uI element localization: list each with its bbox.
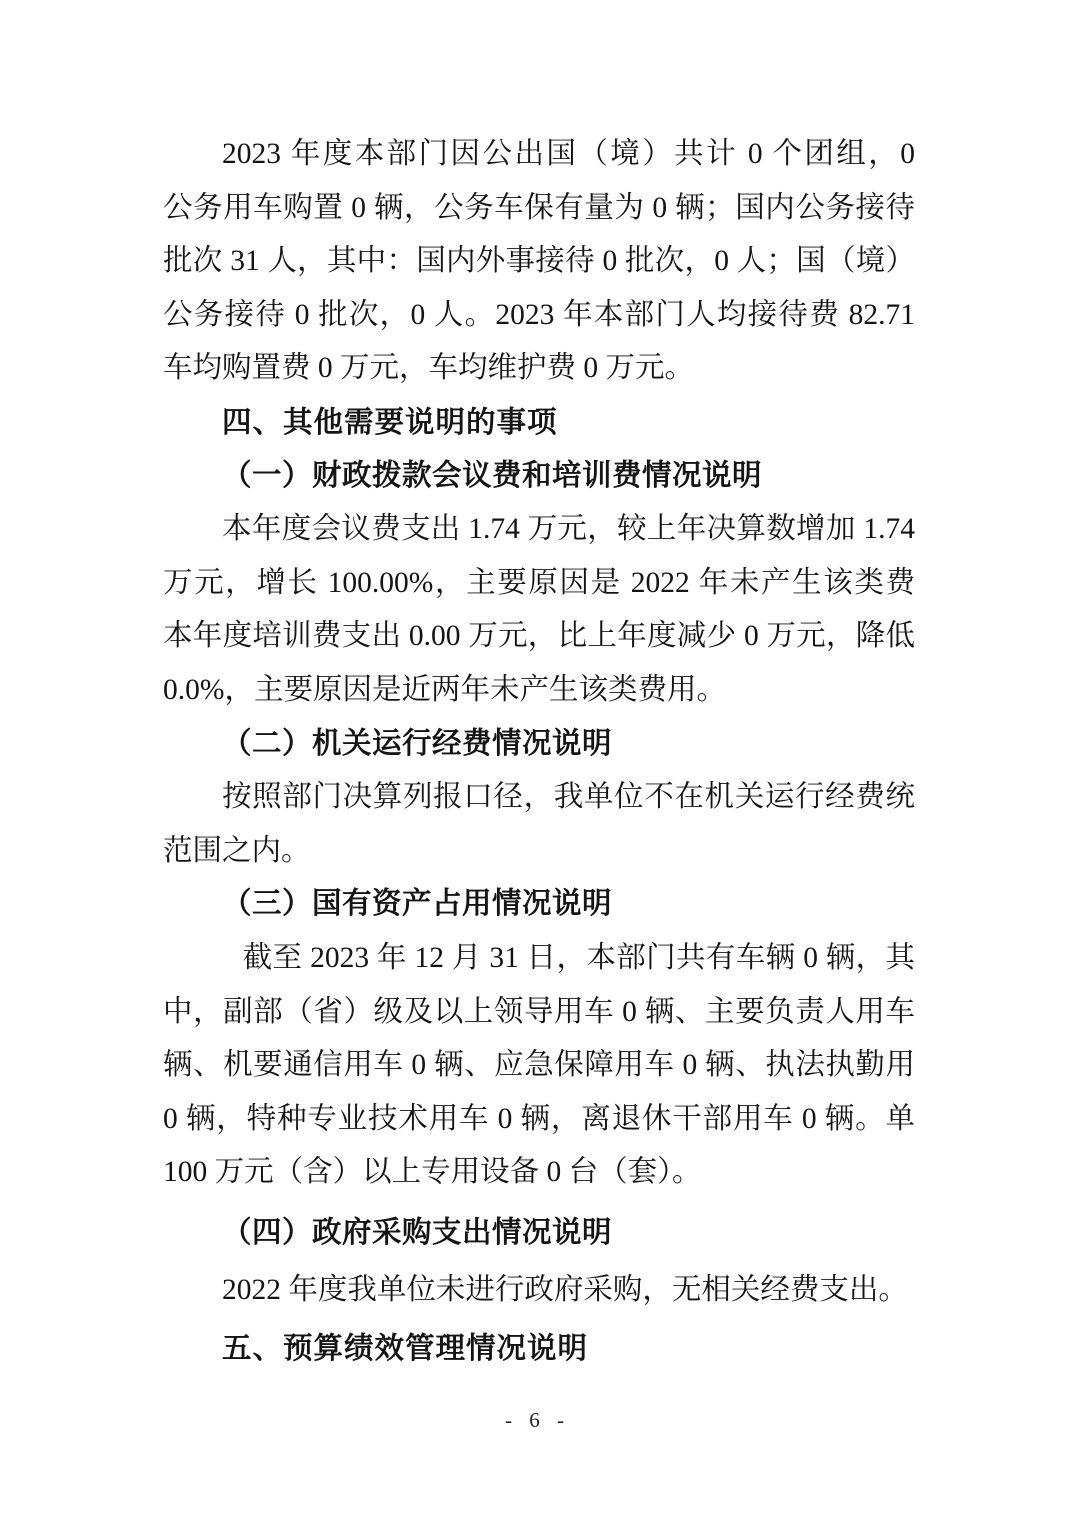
text-line: 0 辆，特种专业技术用车 0 辆，离退休干部用车 0 辆。单价 xyxy=(163,1093,915,1147)
section-4-heading: 四、其他需要说明的事项 xyxy=(163,396,915,450)
text-line: 中，副部（省）级及以上领导用车 0 辆、主要负责人用车 0 xyxy=(163,986,915,1040)
text-line: 辆、机要通信用车 0 辆、应急保障用车 0 辆、执法执勤用车 xyxy=(163,1039,915,1093)
meeting-training-fee-paragraph: 本年度会议费支出 1.74 万元，较上年决算数增加 1.74万元，增长 100.… xyxy=(163,503,915,717)
section-5-heading: 五、预算绩效管理情况说明 xyxy=(163,1322,915,1376)
text-line: 100 万元（含）以上专用设备 0 台（套）。 xyxy=(163,1146,915,1200)
government-procurement-paragraph: 2022 年度我单位未进行政府采购，无相关经费支出。 xyxy=(163,1264,915,1318)
text-line: 范围之内。 xyxy=(163,825,915,879)
operating-expense-paragraph: 按照部门决算列报口径，我单位不在机关运行经费统计范围之内。 xyxy=(163,771,915,878)
text-line: 2022 年度我单位未进行政府采购，无相关经费支出。 xyxy=(163,1264,915,1318)
text-line: 2023 年度本部门因公出国（境）共计 0 个团组，0 人； xyxy=(163,128,915,182)
subsection-4-4-heading: （四）政府采购支出情况说明 xyxy=(163,1207,915,1261)
page-number: - 6 - xyxy=(0,1408,1075,1432)
subsection-4-1-heading: （一）财政拨款会议费和培训费情况说明 xyxy=(163,450,915,504)
text-line: 批次 31 人，其中：国内外事接待 0 批次，0 人；国（境）外 xyxy=(163,235,915,289)
text-line: 截至 2023 年 12 月 31 日，本部门共有车辆 0 辆，其 xyxy=(163,932,915,986)
document-content: 2023 年度本部门因公出国（境）共计 0 个团组，0 人；公务用车购置 0 辆… xyxy=(163,128,915,1376)
subsection-4-2-heading: （二）机关运行经费情况说明 xyxy=(163,718,915,772)
document-page: 2023 年度本部门因公出国（境）共计 0 个团组，0 人；公务用车购置 0 辆… xyxy=(0,0,1075,1520)
state-assets-paragraph: 截至 2023 年 12 月 31 日，本部门共有车辆 0 辆，其中，副部（省）… xyxy=(163,932,915,1200)
text-line: 本年度培训费支出 0.00 万元，比上年度减少 0 万元，降低 xyxy=(163,610,915,664)
travel-vehicle-reception-paragraph: 2023 年度本部门因公出国（境）共计 0 个团组，0 人；公务用车购置 0 辆… xyxy=(163,128,915,396)
subsection-4-3-heading: （三）国有资产占用情况说明 xyxy=(163,878,915,932)
text-line: 公务用车购置 0 辆，公务车保有量为 0 辆；国内公务接待 3 xyxy=(163,182,915,236)
text-line: 0.0%，主要原因是近两年未产生该类费用。 xyxy=(163,664,915,718)
text-line: 公务接待 0 批次，0 人。2023 年本部门人均接待费 82.71 元， xyxy=(163,289,915,343)
text-line: 本年度会议费支出 1.74 万元，较上年决算数增加 1.74 xyxy=(163,503,915,557)
text-line: 车均购置费 0 万元，车均维护费 0 万元。 xyxy=(163,342,915,396)
text-line: 万元，增长 100.00%，主要原因是 2022 年未产生该类费用。 xyxy=(163,557,915,611)
text-line: 按照部门决算列报口径，我单位不在机关运行经费统计 xyxy=(163,771,915,825)
